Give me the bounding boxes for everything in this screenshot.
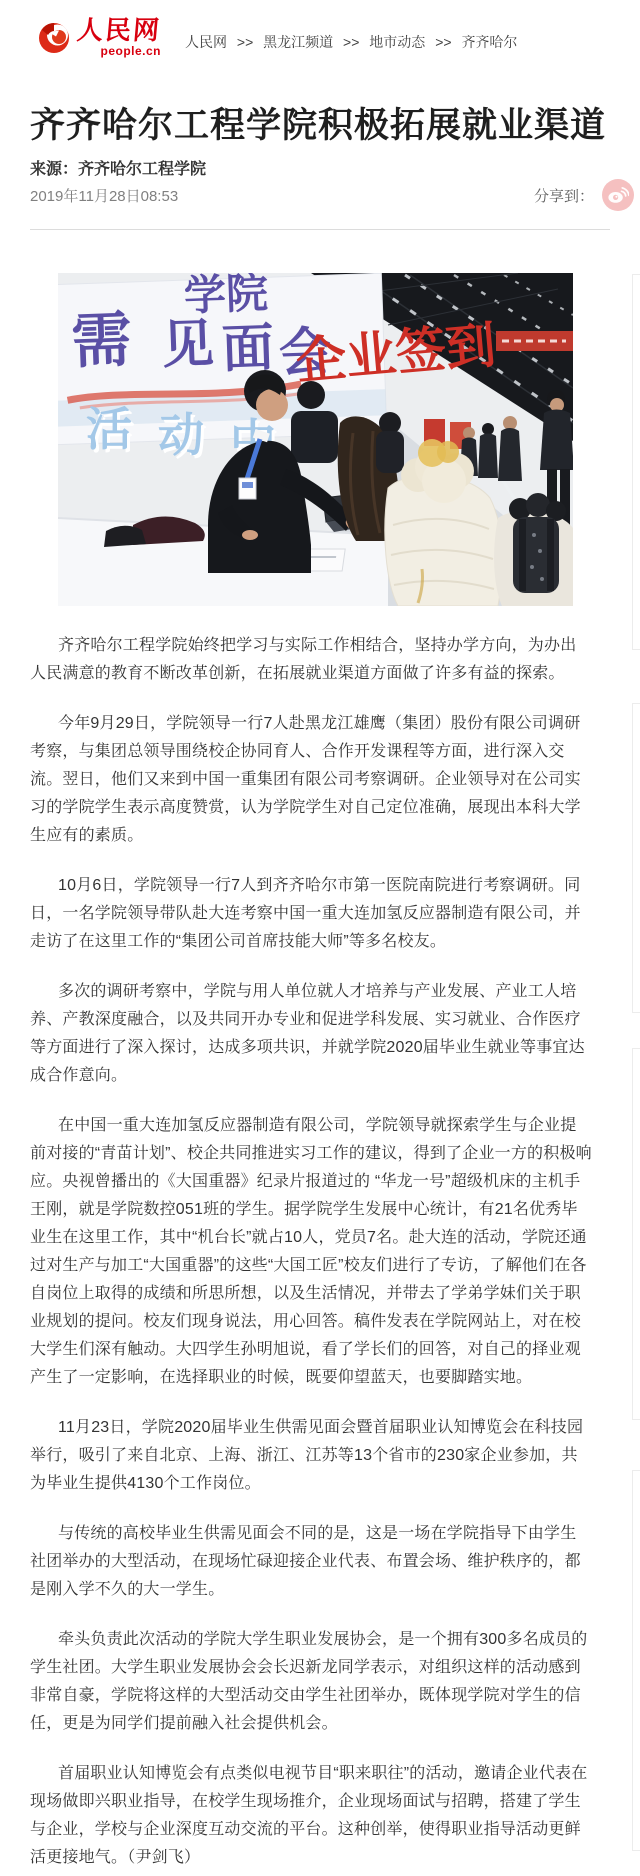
source-label: 来源： <box>30 161 78 178</box>
sidebar-panel-edge <box>632 274 640 650</box>
brand-name: 人民网 <box>76 18 162 44</box>
breadcrumb: 人民网 >> 黑龙江频道 >> 地市动态 >> 齐齐哈尔 <box>185 32 517 52</box>
sidebar-panel-edge <box>632 1470 640 1851</box>
article-paragraph: 今年9月29日，学院领导一行7人赴黑龙江雄鹰（集团）股份有限公司调研考察，与集团… <box>30 710 592 850</box>
photo-wall-char: 活 <box>86 403 132 455</box>
article-paragraph: 与传统的高校毕业生供需见面会不同的是，这是一场在学院指导下由学生社团举办的大型活… <box>30 1520 592 1604</box>
site-header: 人民网 people.cn 人民网 >> 黑龙江频道 >> 地市动态 >> 齐齐… <box>0 0 640 57</box>
article-body: 齐齐哈尔工程学院始终把学习与实际工作相结合，坚持办学方向，为办出人民满意的教育不… <box>0 632 640 1872</box>
publish-date: 2019年11月28日08:53 <box>30 185 178 206</box>
article-paragraph: 齐齐哈尔工程学院始终把学习与实际工作相结合，坚持办学方向，为办出人民满意的教育不… <box>30 632 592 688</box>
article-paragraph: 在中国一重大连加氢反应器制造有限公司，学院领导就探索学生与企业提前对接的“青苗计… <box>30 1112 592 1392</box>
share-label: 分享到： <box>534 185 594 206</box>
photo-wall-char: 动 <box>158 409 204 461</box>
brand-domain: people.cn <box>77 45 161 57</box>
article-paragraph: 11月23日，学院2020届毕业生供需见面会暨首届职业认知博览会在科技园举行，吸… <box>30 1414 592 1498</box>
people-cn-logo[interactable]: 人民网 people.cn <box>38 18 161 57</box>
article-page: 人民网 people.cn 人民网 >> 黑龙江频道 >> 地市动态 >> 齐齐… <box>0 0 640 1876</box>
article-title: 齐齐哈尔工程学院积极拓展就业渠道 <box>30 103 610 149</box>
photo-banner-char: 见 <box>161 315 215 375</box>
article-paragraph: 牵头负责此次活动的学院大学生职业发展协会，是一个拥有300多名成员的学生社团。大… <box>30 1626 592 1738</box>
people-cn-logo-icon <box>38 22 70 54</box>
photo-banner-top-text: 学院 <box>183 273 269 319</box>
source-line: 来源：齐齐哈尔工程学院 <box>30 159 610 181</box>
breadcrumb-separator: >> <box>435 34 451 50</box>
article-paragraph: 首届职业认知博览会有点类似电视节目“职来职往”的活动，邀请企业代表在现场做即兴职… <box>30 1760 592 1872</box>
sidebar-panel-edge <box>632 703 640 1013</box>
share-bar: 分享到： <box>534 179 634 211</box>
weibo-share-button[interactable] <box>602 179 634 211</box>
breadcrumb-separator: >> <box>343 34 359 50</box>
breadcrumb-item-home[interactable]: 人民网 <box>185 34 227 50</box>
content-divider <box>30 229 610 230</box>
meta-row: 2019年11月28日08:53 分享到： <box>30 179 634 211</box>
source-name: 齐齐哈尔工程学院 <box>78 161 206 178</box>
article-photo: 学院 需 见 面 会 企业签到 活 动 中 活 动 中 <box>58 273 573 606</box>
photo-banner-char: 需 <box>70 306 132 375</box>
article-paragraph: 多次的调研考察中，学院与用人单位就人才培养与产业发展、产业工人培养、产教深度融合… <box>30 978 592 1090</box>
breadcrumb-item-channel[interactable]: 黑龙江频道 <box>263 34 333 50</box>
photo-banner-char: 面 <box>221 319 275 379</box>
article-paragraph: 10月6日，学院领导一行7人到齐齐哈尔市第一医院南院进行考察调研。同日，一名学院… <box>30 872 592 956</box>
sidebar-panel-edge <box>632 1048 640 1420</box>
breadcrumb-separator: >> <box>237 34 253 50</box>
brand-text: 人民网 people.cn <box>77 18 161 57</box>
breadcrumb-item-section[interactable]: 地市动态 <box>369 34 425 50</box>
breadcrumb-item-city[interactable]: 齐齐哈尔 <box>461 34 517 50</box>
weibo-icon <box>607 184 629 206</box>
